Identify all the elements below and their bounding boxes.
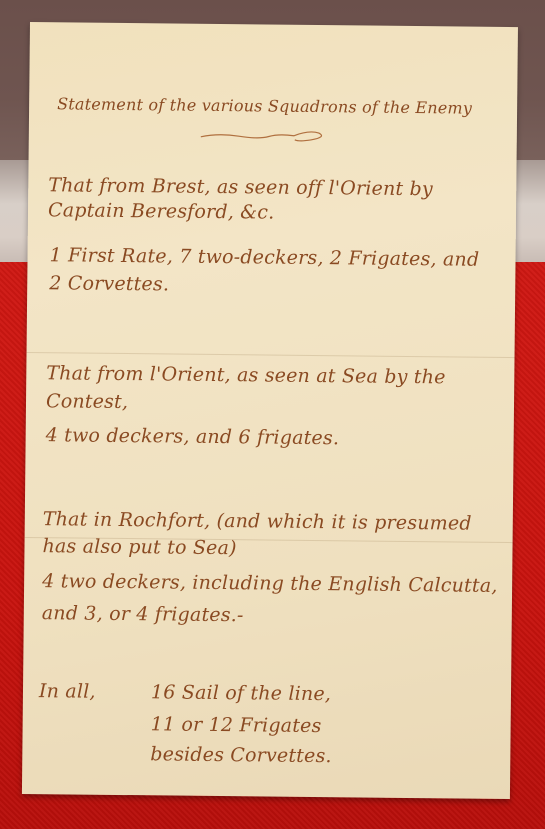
document-title: Statement of the various Squadrons of th… (57, 94, 472, 117)
section-3-detail-line-2: and 3, or 4 frigates.- (42, 602, 244, 626)
paper-fold-line (27, 352, 515, 358)
summary-line-3: besides Corvettes. (150, 743, 332, 767)
summary-label: In all, (39, 680, 96, 703)
summary-line-1: 16 Sail of the line, (151, 681, 331, 705)
title-flourish-underline (199, 127, 339, 144)
section-3-detail-line-1: 4 two deckers, including the English Cal… (42, 570, 498, 597)
section-1-detail-line-2: 2 Corvettes. (49, 272, 169, 295)
section-1-heading-line-2: Captain Beresford, &c. (48, 199, 275, 223)
section-2-detail-line-1: 4 two deckers, and 6 frigates. (46, 424, 340, 449)
section-1-heading-line-1: That from Brest, as seen off l'Orient by (48, 174, 433, 200)
section-1-detail-line-1: 1 First Rate, 7 two-deckers, 2 Frigates,… (49, 244, 479, 270)
section-2-heading-line-2: Contest, (46, 390, 128, 413)
summary-line-2: 11 or 12 Frigates (151, 713, 322, 737)
section-3-heading-line-2: has also put to Sea) (42, 535, 236, 559)
section-3-heading-line-1: That in Rochfort, (and which it is presu… (43, 508, 472, 534)
section-2-heading-line-1: That from l'Orient, as seen at Sea by th… (46, 362, 445, 388)
handwritten-document: Statement of the various Squadrons of th… (22, 22, 518, 799)
